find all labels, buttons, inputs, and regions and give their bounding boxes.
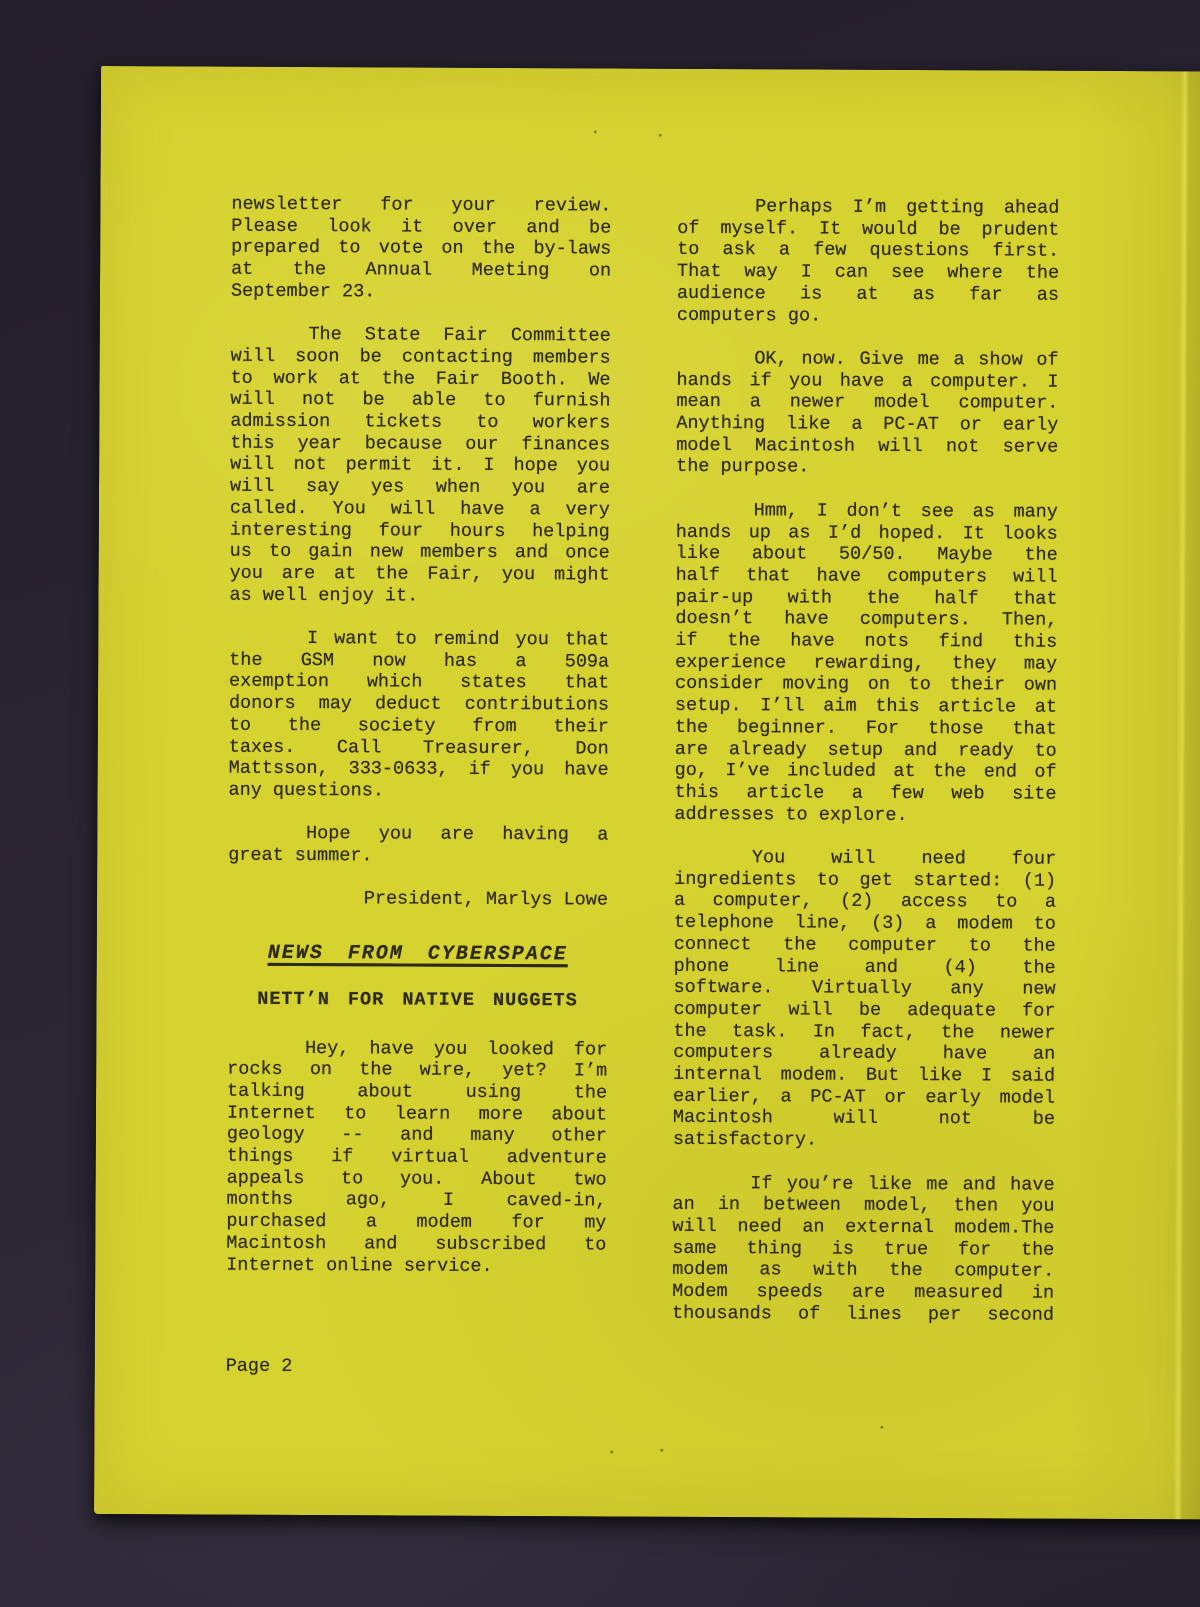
text-line: Macintosh will not be (673, 1107, 1055, 1131)
text-line: you are at the Fair, you might (230, 563, 610, 587)
text-line: telephone line, (3) a modem to (674, 912, 1056, 936)
text-line: thousands of lines per second (672, 1303, 1054, 1327)
paragraph: If you’re like me and havean in between … (672, 1172, 1055, 1326)
signature-line: President, Marlys Lowe (228, 888, 608, 912)
article-heading: NETT’N FOR NATIVE NUGGETS (227, 988, 607, 1012)
text-line: called. You will have a very (230, 497, 610, 521)
text-line: donors may deduct contributions (229, 693, 609, 717)
text-line: consider moving on to their own (675, 673, 1057, 697)
paragraph: I want to remind you thatthe GSM now has… (228, 628, 609, 803)
text-line: half that have computers will (676, 565, 1058, 589)
text-line: the purpose. (676, 456, 1058, 480)
text-line: interesting four hours helping (230, 519, 610, 543)
text-line: audience is at as far as (677, 283, 1059, 307)
text-line: this article a few web site (674, 782, 1056, 806)
text-line: You will need four (674, 847, 1056, 871)
text-line: Hey, have you looked for (227, 1037, 607, 1061)
text-line: computers go. (677, 304, 1059, 328)
text-line: exemption which states that (229, 671, 609, 695)
text-line: if the have nots find this (675, 630, 1057, 654)
paragraph: newsletter for your review.Please look i… (231, 194, 612, 304)
text-line: same thing is true for the (672, 1238, 1054, 1262)
text-line: any questions. (228, 780, 608, 804)
paragraph: Hmm, I don’t see as manyhands up as I’d … (674, 500, 1058, 827)
text-line: an in between model, then you (672, 1194, 1054, 1218)
paragraph: You will need fouringredients to get sta… (673, 847, 1056, 1153)
paragraph: The State Fair Committeewill soon be con… (229, 324, 610, 608)
paragraph: Perhaps I’m getting aheadof myself. It w… (677, 196, 1060, 328)
text-line: Hmm, I don’t see as many (676, 500, 1058, 524)
text-line: the beginner. For those that (675, 717, 1057, 741)
text-line: the GSM now has a 509a (229, 649, 609, 673)
text-line: to ask a few questions first. (677, 239, 1059, 263)
right-column: Perhaps I’m getting aheadof myself. It w… (672, 196, 1060, 1348)
text-line: months ago, I caved-in, (226, 1189, 606, 1213)
text-line: are already setup and ready to (675, 738, 1057, 762)
text-line: Perhaps I’m getting ahead (677, 196, 1059, 220)
text-line: the task. In fact, the newer (673, 1020, 1055, 1044)
text-line: will say yes when you are (230, 476, 610, 500)
text-line: experience rewarding, they may (675, 652, 1057, 676)
text-line: model Macintosh will not serve (676, 435, 1058, 459)
newsletter-page: newsletter for your review.Please look i… (94, 66, 1200, 1519)
text-line: hands if you have a computer. I (676, 369, 1058, 393)
text-line: That way I can see where the (677, 261, 1059, 285)
text-line: rocks on the wire, yet? I’m (227, 1059, 607, 1083)
text-line: addresses to explore. (674, 803, 1056, 827)
text-line: OK, now. Give me a show of (677, 348, 1059, 372)
text-line: Hope you are having a (228, 823, 608, 847)
text-line: geology -- and many other (227, 1124, 607, 1148)
text-line: If you’re like me and have (673, 1172, 1055, 1196)
text-line: setup. I’ll aim this article at (675, 695, 1057, 719)
text-line: go, I’ve included at the end of (675, 760, 1057, 784)
text-line: appeals to you. About two (227, 1167, 607, 1191)
text-line: to the society from their (229, 714, 609, 738)
text-line: modem as with the computer. (672, 1259, 1054, 1283)
text-line: internal modem. But like I said (673, 1064, 1055, 1088)
paragraph: OK, now. Give me a show ofhands if you h… (676, 348, 1059, 480)
text-line: Macintosh and subscribed to (226, 1233, 606, 1257)
text-line: September 23. (231, 280, 611, 304)
text-line: Internet online service. (226, 1254, 606, 1278)
page-fold-shadow (1068, 71, 1200, 1520)
paragraph: Hope you are having agreat summer. (228, 823, 608, 868)
text-line: mean a newer model computer. (676, 391, 1058, 415)
text-line: hands up as I’d hoped. It looks (676, 521, 1058, 545)
scan-background: newsletter for your review.Please look i… (0, 0, 1200, 1607)
left-column: newsletter for your review.Please look i… (226, 194, 611, 1300)
text-line: purchased a modem for my (226, 1211, 606, 1235)
text-line: Mattsson, 333-0633, if you have (229, 758, 609, 782)
text-line: computer will be adequate for (673, 999, 1055, 1023)
text-line: satisfactory. (673, 1129, 1055, 1153)
page-number: Page 2 (226, 1356, 293, 1378)
section-heading: NEWS FROM CYBERSPACE (228, 943, 608, 967)
text-line: Anything like a PC-AT or early (676, 413, 1058, 437)
text-line: talking about using the (227, 1081, 607, 1105)
text-line: Internet to learn more about (227, 1102, 607, 1126)
text-line: us to gain new members and once (230, 541, 610, 565)
text-line: The State Fair Committee (231, 324, 611, 348)
text-line: pair-up with the half that (675, 586, 1057, 610)
text-line: of myself. It would be prudent (677, 218, 1059, 242)
text-line: newsletter for your review. (231, 194, 611, 218)
text-line: taxes. Call Treasurer, Don (229, 736, 609, 760)
paragraph: Hey, have you looked forrocks on the wir… (226, 1037, 607, 1278)
paper-specks (101, 66, 104, 69)
text-line: earlier, a PC-AT or early model (673, 1086, 1055, 1110)
text-line: like about 50/50. Maybe the (676, 543, 1058, 567)
text-line: will soon be contacting members (231, 346, 611, 370)
text-line: this year because our finances (230, 432, 610, 456)
text-line: prepared to vote on the by-laws (231, 237, 611, 261)
text-line: as well enjoy it. (229, 584, 609, 608)
text-line: will not be able to furnish (230, 389, 610, 413)
text-line: great summer. (228, 845, 608, 869)
text-line: will not permit it. I hope you (230, 454, 610, 478)
section-heading-text: NEWS FROM CYBERSPACE (268, 942, 568, 966)
text-line: to work at the Fair Booth. We (230, 367, 610, 391)
text-line: computers already have an (673, 1042, 1055, 1066)
text-line: software. Virtually any new (674, 977, 1056, 1001)
text-line: phone line and (4) the (674, 955, 1056, 979)
text-line: a computer, (2) access to a (674, 890, 1056, 914)
text-line: ingredients to get started: (1) (674, 869, 1056, 893)
text-line: I want to remind you that (229, 628, 609, 652)
text-line: connect the computer to the (674, 934, 1056, 958)
text-line: admission tickets to workers (230, 411, 610, 435)
text-line: at the Annual Meeting on (231, 259, 611, 283)
text-line: things if virtual adventure (227, 1146, 607, 1170)
text-line: Modem speeds are measured in (672, 1281, 1054, 1305)
text-line: doesn’t have computers. Then, (675, 608, 1057, 632)
text-line: Please look it over and be (231, 215, 611, 239)
text-line: will need an external modem.The (672, 1216, 1054, 1240)
